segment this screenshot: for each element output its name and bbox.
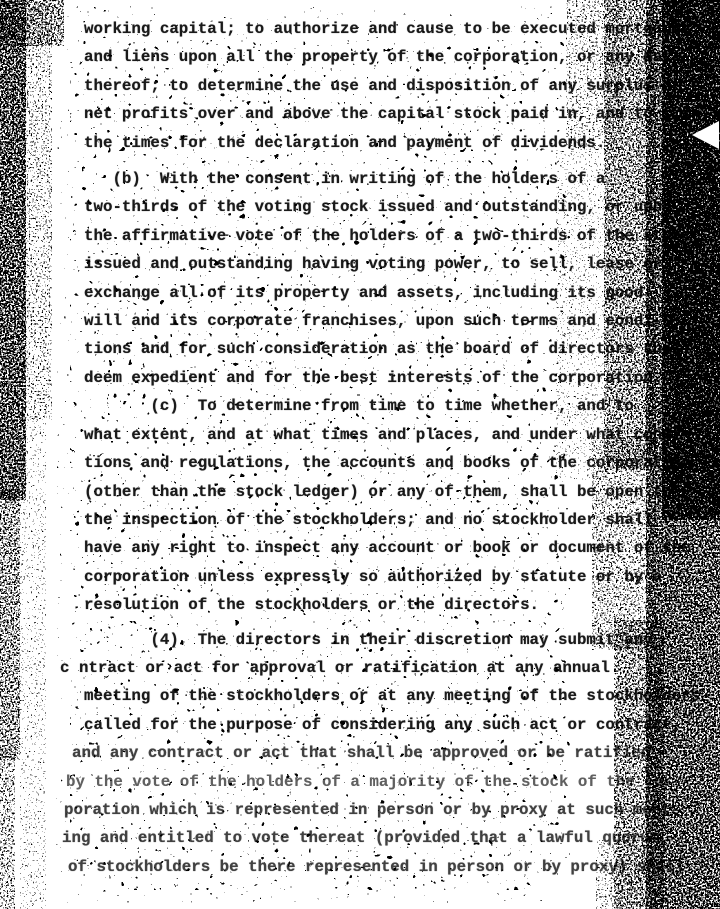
text-line: poration which is represented in person …	[64, 796, 720, 824]
text-line: what extent, and at what times and place…	[84, 421, 720, 449]
text-line: c ntract or act for approval or ratifica…	[60, 654, 720, 682]
text-line: (c) To determine from time to time wheth…	[84, 392, 720, 420]
text-line: net profits over and above the capital s…	[84, 100, 720, 128]
text-line: corporation unless expressly so authoriz…	[84, 563, 720, 591]
text-line: exchange all of its property and assets,…	[84, 279, 720, 307]
text-line: will and its corporate franchises, upon …	[84, 307, 720, 335]
text-line: working capital; to authorize and cause …	[84, 15, 720, 43]
text-line: the inspection of the stockholders; and …	[84, 506, 720, 534]
text-line: two-thirds of the voting stock issued an…	[84, 193, 720, 221]
text-line: issued and outstanding having voting pow…	[84, 250, 720, 278]
text-line: tions and for such consideration as the …	[84, 335, 720, 363]
text-line: and any contract or act that shall be ap…	[72, 739, 720, 767]
scanned-document-page: working capital; to authorize and cause …	[0, 0, 720, 909]
text-line: and liens upon all the property of the c…	[84, 43, 720, 71]
text-line: have any right to inspect any account or…	[84, 534, 720, 562]
text-line: tions and regulations, the accounts and …	[84, 449, 720, 477]
text-line: the times for the declaration and paymen…	[84, 129, 720, 157]
text-line: thereof; to determine the use and dispos…	[84, 72, 720, 100]
text-line: (b) With the consent in writing of the h…	[84, 165, 720, 193]
text-line: by the vote of the holders of a majority…	[66, 768, 720, 796]
text-line: called for the purpose of considering an…	[84, 711, 720, 739]
text-line: of stockholders be there represented in …	[68, 853, 720, 881]
text-block: working capital; to authorize and cause …	[0, 0, 720, 881]
text-line: the affirmative vote of the holders of a…	[84, 222, 720, 250]
text-line: ing and entitled to vote thereat (provid…	[62, 824, 720, 852]
text-line: resolution of the stockholders or the di…	[84, 591, 720, 619]
text-line: deem expedient and for the best interest…	[84, 364, 720, 392]
text-line: (other than the stock ledger) or any of …	[84, 478, 720, 506]
text-line: (4) The directors in their discretion ma…	[84, 626, 720, 654]
text-line: meeting of the stockholders or at any me…	[84, 682, 720, 710]
